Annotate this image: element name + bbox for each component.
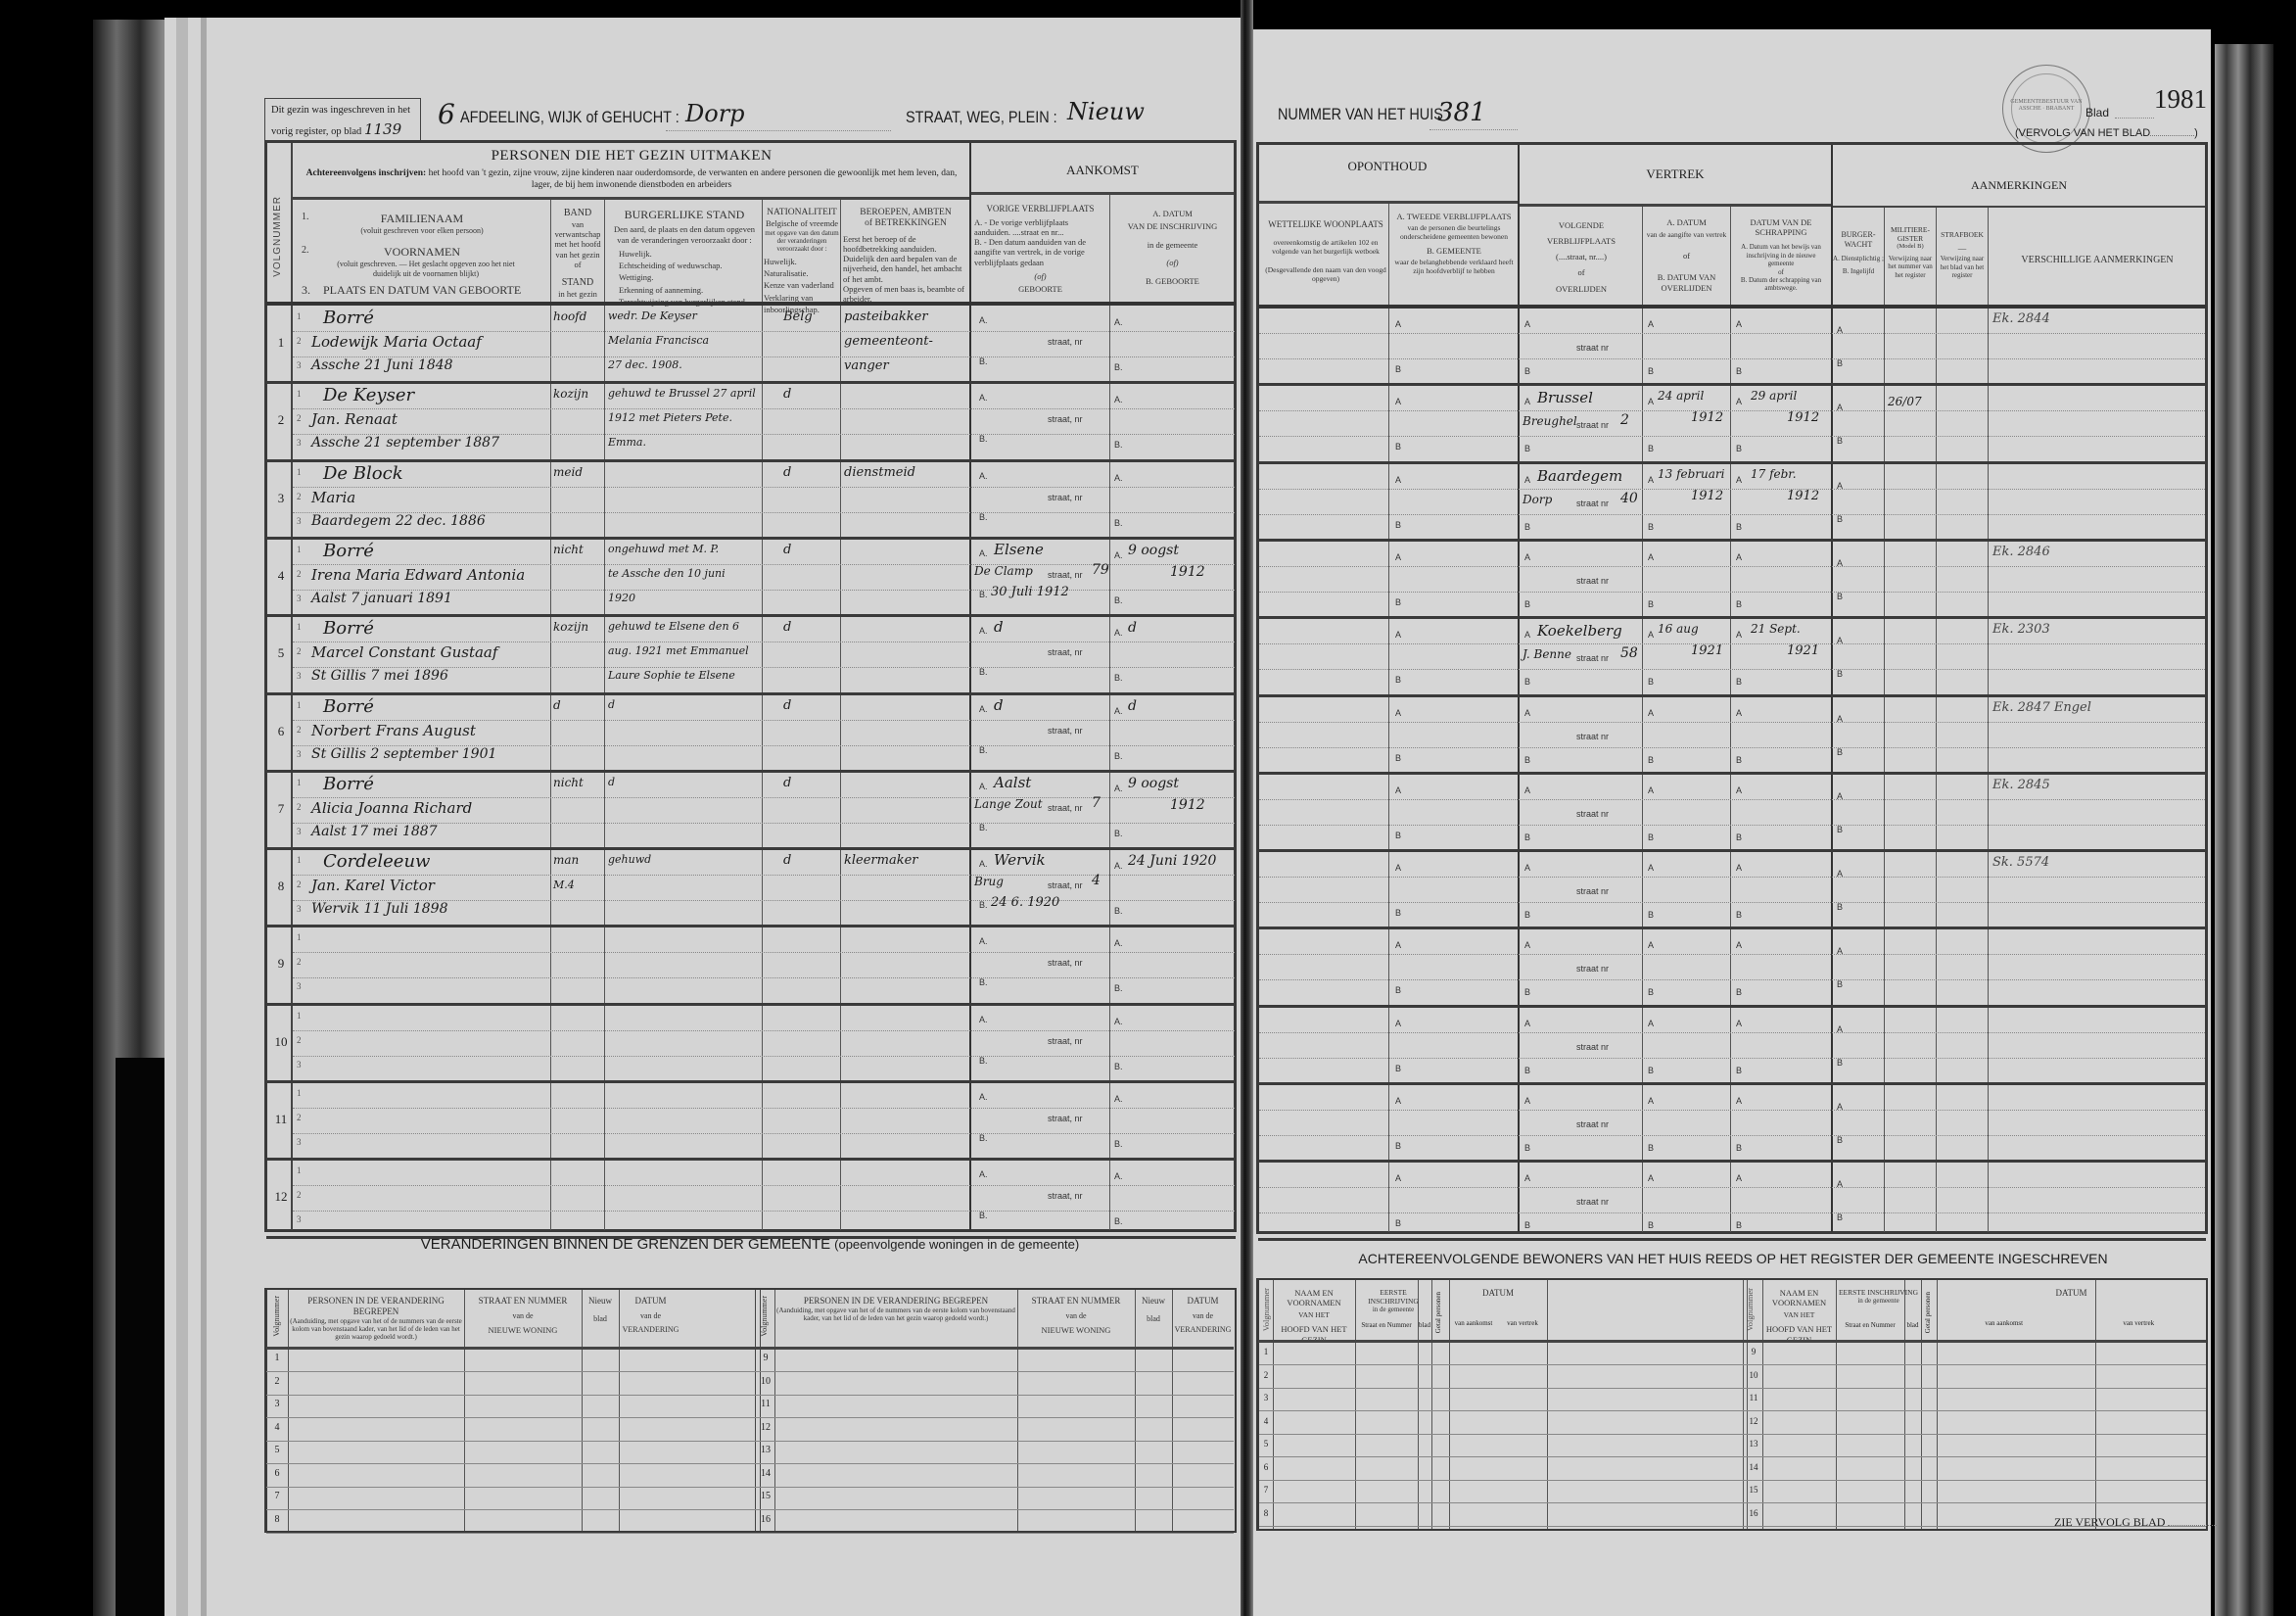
burgerwacht-b-label: B [1837, 592, 1843, 601]
row-line-label: 3 [297, 1060, 302, 1069]
ver-col-header: PERSONEN IN DE VERANDERING BEGREPEN(Aand… [774, 1296, 1017, 1323]
vertrek-b-label: B [1524, 599, 1530, 609]
ver-col-divider [582, 1290, 583, 1531]
vertrek-straat-label: straat nr [1576, 653, 1609, 663]
burgerlijke-cell[interactable]: 27 dec. 1908. [608, 358, 682, 371]
schrapping-a-label: A [1736, 475, 1742, 485]
left-page-inner-edge-2 [201, 18, 207, 1616]
row-line-label: 2 [297, 802, 302, 812]
inschrijving-a-cell[interactable]: d [1128, 620, 1137, 636]
inschrijving-b-label: B. [1114, 673, 1123, 683]
vertrek-straat-label: straat nr [1576, 1119, 1609, 1129]
tweede-b-label: B [1395, 675, 1401, 685]
ver-col-header: Volgnummer [755, 1296, 774, 1337]
ver-col-header: DATUMvan deVERANDERING [619, 1296, 682, 1335]
schrapping-b-label: B [1736, 755, 1742, 765]
schrapping-b-label: B [1736, 1143, 1742, 1153]
burgerlijke-cell[interactable]: Laure Sophie te Elsene [608, 669, 735, 682]
aanmerking-cell[interactable]: Ek. 2846 [1992, 545, 2050, 559]
ver-col-title: Nieuw [582, 1296, 619, 1307]
inschrijving-a-cell[interactable]: d [1128, 698, 1137, 714]
bew-row-number: 6 [1260, 1462, 1272, 1472]
beroep-cell[interactable]: kleermaker [844, 853, 918, 868]
datum-b-label: B [1648, 755, 1654, 765]
oponthoud-title: OPONTHOUD [1259, 159, 1516, 174]
vorige-b-cell[interactable]: 24 6. 1920 [991, 895, 1059, 910]
geboorte-cell[interactable]: Aalst 7 januari 1891 [311, 591, 452, 606]
ver-row-number: 2 [268, 1376, 286, 1387]
burgerlijke-cell[interactable]: Melania Francisca [608, 334, 709, 347]
vertrek-datum-cell[interactable]: 13 februari [1658, 467, 1725, 481]
row-separator [266, 1003, 1236, 1006]
familienaam-cell[interactable]: Borré [323, 541, 374, 561]
personen-header-divider [293, 197, 969, 200]
bew-col-divider [1904, 1280, 1905, 1529]
burgerwacht-a-label: A [1837, 1102, 1843, 1112]
band-cell[interactable]: man [553, 853, 579, 867]
burgerwacht-b-label: B [1837, 979, 1843, 989]
schrapping-year-cell[interactable]: 1912 [1787, 410, 1819, 425]
burgerlijke-cell[interactable]: gehuwd [608, 853, 651, 866]
schrapping-b-label: B [1736, 677, 1742, 687]
bew-row-line [1259, 1456, 2206, 1457]
vertrek-a-label: A [1524, 785, 1530, 795]
inschrijving-a-cell[interactable]: 9 oogst [1128, 543, 1179, 558]
vertrek-datum-year-cell[interactable]: 1921 [1691, 643, 1723, 658]
bewoners-title: ACHTEREENVOLGENDE BEWONERS VAN HET HUIS … [1258, 1251, 2208, 1266]
voornamen-cell[interactable]: Lodewijk Maria Octaaf [311, 333, 482, 351]
vertrek-nr-cell[interactable]: 2 [1620, 412, 1629, 428]
vorige-straat-label: straat, nr [1048, 1114, 1083, 1123]
vorige-straat-cell[interactable]: Lange Zout [974, 797, 1043, 811]
col-name-voornamen: VOORNAMEN [294, 245, 550, 260]
burgerwacht-a-label: A [1837, 1179, 1843, 1189]
ver-row-line [266, 1509, 1234, 1510]
zie-vervolg-footer: ZIE VERVOLG BLAD [2054, 1515, 2217, 1530]
ver-col-header: DATUMvan deVERANDERING [1172, 1296, 1234, 1335]
bew-row-line [1259, 1388, 2206, 1389]
vorige-b-label: B. [979, 356, 988, 366]
row-line-label: 3 [297, 1214, 302, 1224]
datum-a-label: A [1648, 785, 1654, 795]
familienaam-cell[interactable]: Cordeleeuw [323, 851, 430, 872]
nationaliteit-cell[interactable]: Belg [783, 309, 813, 324]
veranderingen-title: VERANDERINGEN BINNEN DE GRENZEN DER GEME… [421, 1236, 830, 1253]
aanmerkingen-burgerwacht-header: BURGER-WACHT A. Dienstplichtig ; B. Inge… [1833, 230, 1884, 275]
vorige-straat-label: straat, nr [1048, 880, 1083, 890]
row-line-label: 1 [297, 700, 302, 710]
row-number: 9 [272, 956, 290, 972]
militie-cell[interactable]: 26/07 [1888, 395, 1922, 408]
row-guide-line [293, 1185, 1235, 1186]
datum-a-label: A [1648, 319, 1654, 329]
voornamen-cell[interactable]: Norbert Frans August [311, 722, 476, 739]
vorige-nr-cell[interactable]: 79 [1092, 562, 1109, 578]
ver-col-sub: van de [619, 1311, 682, 1321]
bew-row-line [1259, 1502, 2206, 1503]
vorige-straat-label: straat, nr [1048, 647, 1083, 657]
vertrek-title: VERTREK [1520, 166, 1831, 182]
vertrek-a-label: A [1524, 940, 1530, 950]
burgerwacht-b-label: B [1837, 1058, 1843, 1068]
row-line-label: 1 [297, 778, 302, 787]
inschrijving-a-cell[interactable]: 9 oogst [1128, 776, 1179, 791]
vertrek-a-label: A [1524, 319, 1530, 329]
row-number: 10 [272, 1034, 290, 1050]
vertrek-datum-cell[interactable]: 16 aug [1658, 622, 1699, 636]
schrapping-cell[interactable]: 21 Sept. [1751, 622, 1801, 636]
vorige-a-label: A. [979, 859, 988, 869]
col-divider-schrapping [1730, 207, 1731, 1232]
inschrijving-a-cell[interactable]: 24 Juni 1920 [1128, 853, 1216, 869]
vorige-a-label: A. [979, 704, 988, 714]
vorige-a-cell[interactable]: Wervik [994, 851, 1046, 869]
aanmerking-cell[interactable]: Sk. 5574 [1992, 855, 2049, 870]
vertrek-a-label: A [1524, 552, 1530, 562]
vertrek-plaats-cell[interactable]: Baardegem [1537, 467, 1622, 485]
vertrek-a-label: A [1524, 1173, 1530, 1183]
familienaam-cell[interactable]: Borré [323, 618, 374, 639]
schrapping-cell[interactable]: 29 april [1751, 389, 1797, 403]
bew-datum-title: DATUM [1449, 1288, 1547, 1299]
vervolg-close: ) [2194, 127, 2198, 139]
col-burgerlijke-text: Den aard, de plaats en den datum opgeven… [607, 224, 762, 244]
geboorte-cell[interactable]: Aalst 17 mei 1887 [311, 824, 438, 839]
familienaam-cell[interactable]: Borré [323, 696, 374, 717]
tweede-b-label: B [1395, 520, 1401, 530]
nationaliteit-cell[interactable]: d [783, 698, 791, 713]
row-line-label: 3 [297, 749, 302, 759]
row-line-label: 3 [297, 981, 302, 991]
prior-register-line1: Dit gezin was ingeschreven in het [271, 103, 414, 119]
inschrijving-a2-cell[interactable]: 1912 [1170, 564, 1205, 580]
geboorte-cell[interactable]: Assche 21 september 1887 [311, 435, 499, 451]
vorige-straat-cell[interactable]: De Clamp [974, 564, 1033, 578]
aankomst-vorige-of: (of) [974, 271, 1106, 281]
col-divider-strafboek [1936, 208, 1937, 1232]
burgerlijke-cell[interactable]: wedr. De Keyser [608, 309, 697, 322]
prior-register-label: vorig register, op blad [271, 126, 361, 137]
burgerlijke-cell[interactable]: ongehuwd met M. P. [608, 543, 719, 555]
col-beroepen-item: Eerst het beroep of de hoofdbetrekking a… [843, 234, 968, 254]
vorige-a-cell[interactable]: Aalst [994, 774, 1031, 791]
aankomst-vorige-a: A. - De vorige verblijfplaats aanduiden.… [974, 217, 1106, 237]
ver-row-line [266, 1417, 1234, 1418]
band-cell[interactable]: d [553, 698, 561, 712]
vertrek-volgende-sub: (....straat, nr....) [1523, 249, 1640, 264]
vorige-a-cell[interactable]: Elsene [994, 541, 1044, 558]
vertrek-plaats-cell[interactable]: Brussel [1537, 389, 1593, 406]
datum-b-label: B [1648, 677, 1654, 687]
vertrek-datum-cell[interactable]: 24 april [1658, 389, 1704, 403]
schrapping-year-cell[interactable]: 1921 [1787, 643, 1819, 658]
row-separator [266, 381, 1236, 384]
burgerlijke-cell[interactable]: te Assche den 10 juni [608, 567, 726, 580]
vertrek-straat-cell[interactable]: J. Benne [1523, 647, 1571, 661]
burgerwacht-b-label: B [1837, 747, 1843, 757]
tweede-b-label: B [1395, 1218, 1401, 1228]
beroep-cell[interactable]: vanger [844, 358, 889, 373]
ver-row-number: 7 [268, 1491, 286, 1501]
vorige-straat-label: straat, nr [1048, 1191, 1083, 1201]
aankomst-datum-geboorte: B. GEBOORTE [1111, 275, 1234, 288]
col-burgerlijke-item: Echtscheiding of weduwschap. [619, 260, 762, 271]
burgerlijke-cell[interactable]: Emma. [608, 436, 646, 449]
personen-subtitle-text: het hoofd van 't gezin, zijne vrouw, zij… [429, 168, 958, 190]
inschrijving-a2-cell[interactable]: 1912 [1170, 797, 1205, 813]
band-cell[interactable]: nicht [553, 776, 584, 789]
burgerlijke-cell[interactable]: d [608, 776, 615, 788]
bew-row-number: 7 [1260, 1485, 1272, 1495]
vorige-a-label: A. [979, 626, 988, 636]
schrapping-b-label: B [1736, 987, 1742, 997]
ver-col-divider [1135, 1290, 1136, 1531]
voornamen-cell[interactable]: Irena Maria Edward Antonia [311, 566, 525, 584]
oponthoud-gemeente-text: waar de belanghebbende verklaard heeft z… [1391, 258, 1517, 275]
vertrek-b-label: B [1524, 366, 1530, 376]
datum-b-label: B [1648, 1066, 1654, 1075]
nationaliteit-cell[interactable]: d [783, 853, 791, 868]
bew-col-divider [1921, 1280, 1922, 1529]
tweede-a-label: A [1395, 552, 1401, 562]
ver-row-number: 10 [757, 1376, 774, 1387]
voornamen-cell[interactable]: Marcel Constant Gustaaf [311, 643, 497, 661]
row-guide-line [293, 720, 1235, 721]
schrapping-b-label: B [1736, 832, 1742, 842]
band-cell[interactable]: meid [553, 465, 583, 479]
vorige-b-cell[interactable]: 30 Juli 1912 [991, 585, 1069, 599]
bew-row-number: 11 [1746, 1393, 1761, 1402]
familienaam-cell[interactable]: De Block [323, 463, 403, 484]
schrapping-b-label: B [1736, 366, 1742, 376]
tweede-b-label: B [1395, 597, 1401, 607]
row-guide-line [1259, 592, 2205, 593]
col-nationaliteit-title: NATIONALITEIT [764, 208, 840, 218]
blad-value: 1981 [2154, 84, 2207, 115]
personen-title: PERSONEN DIE HET GEZIN UITMAKEN [294, 147, 969, 165]
nationaliteit-cell[interactable]: d [783, 543, 791, 557]
blad-underline [2115, 118, 2154, 119]
schrapping-b-label: B [1736, 1220, 1742, 1230]
burgerlijke-cell[interactable]: gehuwd te Elsene den 6 [608, 620, 739, 633]
vorige-a-cell[interactable]: d [994, 618, 1004, 636]
vertrek-straat-cell[interactable]: Breughel [1523, 414, 1577, 428]
oponthoud-wettelijke-header: WETTELIJKE WOONPLAATS overeenkomstig de … [1263, 219, 1388, 283]
nationaliteit-cell[interactable]: d [783, 776, 791, 790]
nationaliteit-cell[interactable]: d [783, 465, 791, 480]
datum-b-label: B [1648, 444, 1654, 453]
row-guide-line [1259, 954, 2205, 955]
bew-vertrek-label: van vertrek [2072, 1319, 2207, 1327]
bew-col-divider [1743, 1280, 1744, 1529]
aanmerkingen-militie-header: MILITIERE-GISTER (Model B) Verwijzing na… [1885, 225, 1936, 279]
vertrek-straat-cell[interactable]: Dorp [1523, 493, 1552, 506]
row-line-label: 3 [297, 827, 302, 836]
row-separator [1258, 383, 2206, 386]
datum-b-label: B [1648, 599, 1654, 609]
bew-row-number: 13 [1746, 1439, 1761, 1449]
vorige-a-label: A. [979, 1092, 988, 1102]
geboorte-cell[interactable]: St Gillis 7 mei 1896 [311, 668, 448, 684]
row-guide-line [1259, 722, 2205, 723]
vorige-straat-cell[interactable]: Brug [974, 875, 1004, 888]
vertrek-nr-cell[interactable]: 58 [1620, 645, 1638, 661]
burgerlijke-cell[interactable]: 1920 [608, 592, 635, 604]
bew-naam-sub: VAN HET [1273, 1310, 1355, 1319]
vorige-a-cell[interactable]: d [994, 696, 1004, 714]
col-band-stand-text: in het gezin [551, 289, 604, 299]
row-line-label: 2 [297, 1113, 302, 1122]
geboorte-cell[interactable]: Wervik 11 Juli 1898 [311, 901, 447, 917]
beroep-cell[interactable]: dienstmeid [844, 465, 915, 480]
band-cell[interactable]: hoofd [553, 309, 586, 323]
burgerwacht-a-label: A [1837, 558, 1843, 568]
ver-col-sub2: NIEUWE WONING [1017, 1325, 1135, 1335]
afdeeling-number: 6 [438, 98, 455, 130]
ver-row-line [266, 1533, 1234, 1534]
aankomst-vorige-b: B. - Den datum aanduiden van de aangifte… [974, 237, 1106, 267]
inschrijving-a-label: A. [1114, 473, 1123, 483]
aanmerking-cell[interactable]: Ek. 2845 [1992, 778, 2050, 792]
vorige-nr-cell[interactable]: 4 [1092, 873, 1101, 888]
vertrek-volgende-header: VOLGENDE VERBLIJFPLAATS (....straat, nr.… [1523, 217, 1640, 297]
voornamen-cell[interactable]: Alicia Joanna Richard [311, 799, 472, 817]
vertrek-datum-a: A. DATUM [1645, 217, 1728, 227]
ver-col-title: STRAAT EN NUMMER [464, 1296, 582, 1307]
row-number: 7 [272, 801, 290, 817]
band-cell[interactable]: kozijn [553, 387, 588, 401]
vertrek-a-label: A [1524, 397, 1530, 406]
aanmerking-cell[interactable]: Ek. 2847 Engel [1992, 700, 2091, 715]
row-separator [1258, 1005, 2206, 1008]
vertrek-nr-cell[interactable]: 40 [1620, 491, 1638, 506]
oponthoud-gemeente-title: B. GEMEENTE [1391, 246, 1517, 256]
col-name-familienaam-sub: (voluit geschreven voor elken persoon) [294, 226, 550, 235]
datum-a-label: A [1648, 940, 1654, 950]
burgerwacht-a-label: A [1837, 636, 1843, 645]
col-burgerlijke-item: Wettiging. [619, 271, 762, 283]
volgnummer-divider [291, 143, 293, 1230]
familienaam-cell[interactable]: Borré [323, 308, 374, 328]
row-line-label: 3 [297, 1137, 302, 1147]
bew-col-header: NAAM EN VOORNAMENVAN HETHOOFD VAN HET GE… [1273, 1288, 1355, 1345]
straat-value: Nieuw [1067, 98, 1145, 125]
vorige-straat-label: straat, nr [1048, 493, 1083, 502]
schrapping-a-label: A [1736, 630, 1742, 640]
bew-row-number: 1 [1260, 1347, 1272, 1356]
ver-row-line [266, 1487, 1234, 1488]
row-guide-line [293, 1056, 1235, 1057]
voornamen-cell[interactable]: Jan. Karel Victor [311, 877, 435, 894]
volgnummer-label: VOLGNUMMER [272, 196, 283, 277]
schrapping-b-label: B [1736, 910, 1742, 920]
ver-col-sub: blad [582, 1314, 619, 1324]
burgerlijke-cell[interactable]: 1912 met Pieters Pete. [608, 411, 732, 424]
geboorte-cell[interactable]: Assche 21 Juni 1848 [311, 357, 453, 373]
aanmerking-cell[interactable]: Ek. 2303 [1992, 622, 2050, 637]
band-cell[interactable]: kozijn [553, 620, 588, 634]
ver-col-title: DATUM [1172, 1296, 1234, 1307]
vertrek-b-label: B [1524, 1143, 1530, 1153]
bew-row-number: 15 [1746, 1485, 1761, 1495]
col-nationaliteit-header: NATIONALITEIT Belgische of vreemde met o… [764, 208, 840, 315]
schrapping-cell[interactable]: 17 febr. [1751, 467, 1797, 481]
ver-col-sub2: NIEUWE WONING [464, 1325, 582, 1335]
burgerlijke-cell[interactable]: d [608, 698, 615, 711]
vertrek-overlijden: OVERLIJDEN [1523, 281, 1640, 297]
burgerwacht-b-label: B [1837, 1212, 1843, 1222]
row-guide-line [1259, 514, 2205, 515]
col-beroepen-header: BEROEPEN, AMBTEN of BETREKKINGEN Eerst h… [843, 208, 968, 304]
burgerwacht-a-label: A [1837, 403, 1843, 412]
band-cell-2[interactable]: M.4 [553, 879, 575, 891]
vertrek-datum-year-cell[interactable]: 1912 [1691, 489, 1723, 503]
vertrek-b-label: B [1524, 910, 1530, 920]
ver-col-sub: (Aanduiding, met opgave van het of de nu… [288, 1317, 464, 1342]
vorige-nr-cell[interactable]: 7 [1092, 795, 1101, 811]
col-beroepen-item: Duidelijk den aard bepalen van de nijver… [843, 254, 968, 284]
vertrek-straat-label: straat nr [1576, 343, 1609, 353]
voornamen-cell[interactable]: Maria [311, 489, 355, 506]
familienaam-cell[interactable]: Borré [323, 774, 374, 794]
vorige-b-label: B. [979, 823, 988, 832]
col-band-header: BAND van verwantschap met het hoofd van … [551, 208, 604, 299]
vertrek-straat-label: straat nr [1576, 732, 1609, 741]
bew-row-number: 9 [1746, 1347, 1761, 1356]
row-separator [1258, 772, 2206, 775]
vertrek-b-label: B [1524, 832, 1530, 842]
row-separator [1258, 1082, 2206, 1085]
ver-row-number: 15 [757, 1491, 774, 1501]
schrapping-year-cell[interactable]: 1912 [1787, 489, 1819, 503]
col-burgerlijke-title: BURGERLIJKE STAND [607, 208, 762, 221]
burgerwacht-a-label: A [1837, 869, 1843, 879]
vertrek-datum-year-cell[interactable]: 1912 [1691, 410, 1723, 425]
beroep-cell[interactable]: gemeenteont- [844, 334, 933, 349]
nationaliteit-cell[interactable]: d [783, 387, 791, 402]
aanmerking-cell[interactable]: Ek. 2844 [1992, 311, 2050, 326]
voornamen-cell[interactable]: Jan. Renaat [311, 410, 398, 428]
burgerlijke-cell[interactable]: gehuwd te Brussel 27 april [608, 387, 756, 400]
burgerwacht-a-label: A [1837, 791, 1843, 801]
geboorte-cell[interactable]: Baardegem 22 dec. 1886 [311, 513, 486, 529]
tweede-a-label: A [1395, 1019, 1401, 1028]
row-separator [266, 459, 1236, 462]
blad-label: Blad [2085, 106, 2109, 119]
band-cell[interactable]: nicht [553, 543, 584, 556]
familienaam-cell[interactable]: De Keyser [323, 385, 414, 405]
bew-row-number: 5 [1260, 1439, 1272, 1449]
vertrek-schrapping-title: DATUM VAN DE SCHRAPPING [1733, 217, 1829, 237]
row-guide-line [293, 487, 1235, 488]
row-line-label: 2 [297, 957, 302, 967]
vertrek-plaats-cell[interactable]: Koekelberg [1537, 622, 1622, 640]
tweede-b-label: B [1395, 831, 1401, 840]
nationaliteit-cell[interactable]: d [783, 620, 791, 635]
burgerlijke-cell[interactable]: aug. 1921 met Emmanuel [608, 644, 749, 657]
personen-subtitle: Achtereenvolgens inschrijven: het hoofd … [304, 168, 960, 192]
bew-naam-title: NAAM EN VOORNAMEN [1762, 1288, 1836, 1307]
vertrek-datum-b: B. DATUM VAN OVERLIJDEN [1645, 272, 1728, 292]
vertrek-straat-label: straat nr [1576, 809, 1609, 819]
inschrijving-b-label: B. [1114, 1139, 1123, 1149]
row-guide-line [1259, 358, 2205, 359]
row-guide-line [1259, 436, 2205, 437]
beroep-cell[interactable]: pasteibakker [844, 309, 928, 324]
geboorte-cell[interactable]: St Gillis 2 september 1901 [311, 746, 496, 762]
row-guide-line [293, 1211, 1235, 1212]
tweede-a-label: A [1395, 1173, 1401, 1183]
